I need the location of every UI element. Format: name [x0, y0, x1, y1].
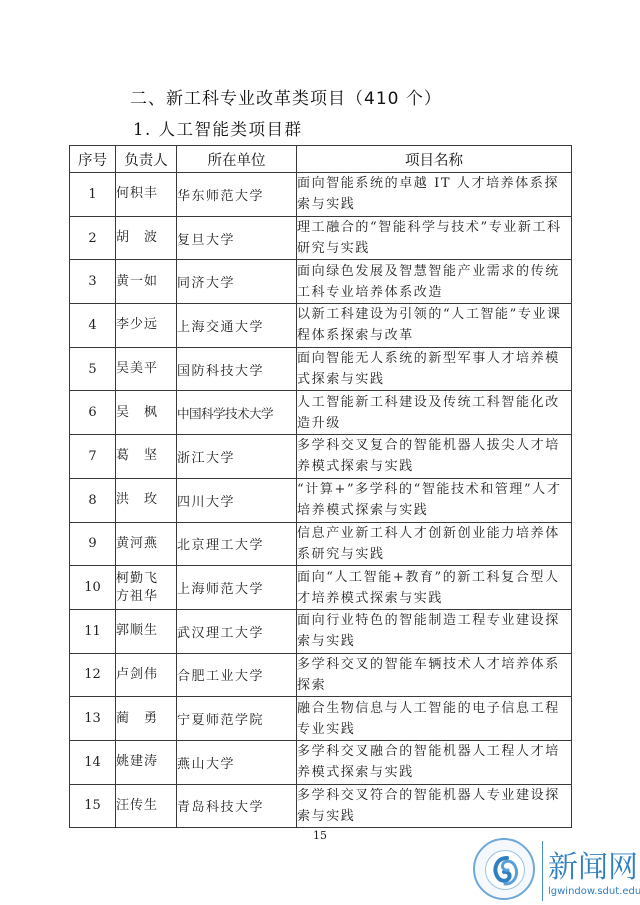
- row-unit: 浙江大学: [177, 435, 297, 479]
- table-row: 5 吴美平 国防科技大学 面向智能无人系统的新型军事人才培养模式探索与实践: [70, 347, 572, 391]
- row-person: 黄一如: [116, 260, 177, 304]
- row-index: 13: [70, 697, 116, 741]
- row-unit: 中国科学技术大学: [177, 391, 297, 435]
- row-person: 汪传生: [116, 784, 177, 828]
- row-index: 5: [70, 347, 116, 391]
- table-row: 14 姚建涛 燕山大学 多学科交叉融合的智能机器人工程人才培养模式探索与实践: [70, 740, 572, 784]
- row-person: 何积丰: [116, 173, 177, 217]
- row-index: 12: [70, 653, 116, 697]
- row-project: “计算+”多学科的“智能技术和管理”人才培养模式探索与实践: [297, 478, 572, 522]
- row-person: 胡 波: [116, 216, 177, 260]
- row-person: 郭顺生: [116, 609, 177, 653]
- row-person: 葛 坚: [116, 435, 177, 479]
- table-row: 10 柯勤飞 方祖华 上海师范大学 面向“人工智能+教育”的新工科复合型人才培养…: [70, 566, 572, 610]
- table-row: 12 卢剑伟 合肥工业大学 多学科交叉的智能车辆技术人才培养体系探索: [70, 653, 572, 697]
- row-project: 多学科交叉的智能车辆技术人才培养体系探索: [297, 653, 572, 697]
- row-project: 面向智能系统的卓越 IT 人才培养体系探索与实践: [297, 173, 572, 217]
- row-person: 李少远: [116, 304, 177, 348]
- table-row: 7 葛 坚 浙江大学 多学科交叉复合的智能机器人拔尖人才培养模式探索与实践: [70, 435, 572, 479]
- row-index: 10: [70, 566, 116, 610]
- row-person: 黄河燕: [116, 522, 177, 566]
- table-row: 4 李少远 上海交通大学 以新工科建设为引领的“人工智能”专业课程体系探索与改革: [70, 304, 572, 348]
- row-person: 柯勤飞 方祖华: [116, 566, 177, 610]
- university-seal-icon: [473, 838, 535, 900]
- row-unit: 北京理工大学: [177, 522, 297, 566]
- row-project: 多学科交叉符合的智能机器人专业建设探索与实践: [297, 784, 572, 828]
- row-index: 2: [70, 216, 116, 260]
- section-title: 二、新工科专业改革类项目（410 个）: [130, 84, 442, 109]
- row-index: 4: [70, 304, 116, 348]
- row-project: 面向行业特色的智能制造工程专业建设探索与实践: [297, 609, 572, 653]
- header-project: 项目名称: [297, 146, 572, 173]
- watermark-title: 新闻网: [548, 842, 638, 886]
- row-unit: 武汉理工大学: [177, 609, 297, 653]
- row-project: 人工智能新工科建设及传统工科智能化改造升级: [297, 391, 572, 435]
- table-row: 3 黄一如 同济大学 面向绿色发展及智慧智能产业需求的传统工科专业培养体系改造: [70, 260, 572, 304]
- row-project: 多学科交叉融合的智能机器人工程人才培养模式探索与实践: [297, 740, 572, 784]
- watermark-url: lgwindow.sdut.edu.cn: [548, 886, 640, 897]
- row-unit: 同济大学: [177, 260, 297, 304]
- table-row: 1 何积丰 华东师范大学 面向智能系统的卓越 IT 人才培养体系探索与实践: [70, 173, 572, 217]
- row-index: 3: [70, 260, 116, 304]
- table-row: 13 蔺 勇 宁夏师范学院 融合生物信息与人工智能的电子信息工程专业实践: [70, 697, 572, 741]
- row-project: 面向智能无人系统的新型军事人才培养模式探索与实践: [297, 347, 572, 391]
- table-header-row: 序号 负责人 所在单位 项目名称: [70, 146, 572, 173]
- header-person: 负责人: [116, 146, 177, 173]
- row-project: 多学科交叉复合的智能机器人拔尖人才培养模式探索与实践: [297, 435, 572, 479]
- row-project: 融合生物信息与人工智能的电子信息工程专业实践: [297, 697, 572, 741]
- row-unit: 青岛科技大学: [177, 784, 297, 828]
- row-index: 9: [70, 522, 116, 566]
- row-unit: 四川大学: [177, 478, 297, 522]
- header-unit: 所在单位: [177, 146, 297, 173]
- row-project: 理工融合的“智能科学与技术”专业新工科研究与实践: [297, 216, 572, 260]
- row-project: 面向“人工智能+教育”的新工科复合型人才培养模式探索与实践: [297, 566, 572, 610]
- table-row: 6 吴 枫 中国科学技术大学 人工智能新工科建设及传统工科智能化改造升级: [70, 391, 572, 435]
- table-row: 8 洪 玫 四川大学 “计算+”多学科的“智能技术和管理”人才培养模式探索与实践: [70, 478, 572, 522]
- row-person: 吴美平: [116, 347, 177, 391]
- table-row: 15 汪传生 青岛科技大学 多学科交叉符合的智能机器人专业建设探索与实践: [70, 784, 572, 828]
- row-project: 信息产业新工科人才创新创业能力培养体系研究与实践: [297, 522, 572, 566]
- group-title: 1. 人工智能类项目群: [133, 116, 303, 140]
- table-row: 9 黄河燕 北京理工大学 信息产业新工科人才创新创业能力培养体系研究与实践: [70, 522, 572, 566]
- row-index: 14: [70, 740, 116, 784]
- row-unit: 合肥工业大学: [177, 653, 297, 697]
- row-person: 洪 玫: [116, 478, 177, 522]
- row-unit: 上海交通大学: [177, 304, 297, 348]
- row-index: 15: [70, 784, 116, 828]
- watermark-divider: [542, 841, 543, 901]
- row-unit: 复旦大学: [177, 216, 297, 260]
- row-person: 吴 枫: [116, 391, 177, 435]
- row-person: 蔺 勇: [116, 697, 177, 741]
- row-index: 7: [70, 435, 116, 479]
- news-site-watermark: 新闻网 lgwindow.sdut.edu.cn: [470, 838, 640, 905]
- row-person: 姚建涛: [116, 740, 177, 784]
- row-unit: 国防科技大学: [177, 347, 297, 391]
- row-unit: 华东师范大学: [177, 173, 297, 217]
- row-index: 1: [70, 173, 116, 217]
- row-unit: 宁夏师范学院: [177, 697, 297, 741]
- header-index: 序号: [70, 146, 116, 173]
- row-index: 11: [70, 609, 116, 653]
- row-project: 面向绿色发展及智慧智能产业需求的传统工科专业培养体系改造: [297, 260, 572, 304]
- projects-table: 序号 负责人 所在单位 项目名称 1 何积丰 华东师范大学 面向智能系统的卓越 …: [69, 145, 572, 828]
- row-unit: 上海师范大学: [177, 566, 297, 610]
- table-row: 2 胡 波 复旦大学 理工融合的“智能科学与技术”专业新工科研究与实践: [70, 216, 572, 260]
- row-person: 卢剑伟: [116, 653, 177, 697]
- row-index: 8: [70, 478, 116, 522]
- row-unit: 燕山大学: [177, 740, 297, 784]
- row-project: 以新工科建设为引领的“人工智能”专业课程体系探索与改革: [297, 304, 572, 348]
- table-row: 11 郭顺生 武汉理工大学 面向行业特色的智能制造工程专业建设探索与实践: [70, 609, 572, 653]
- row-index: 6: [70, 391, 116, 435]
